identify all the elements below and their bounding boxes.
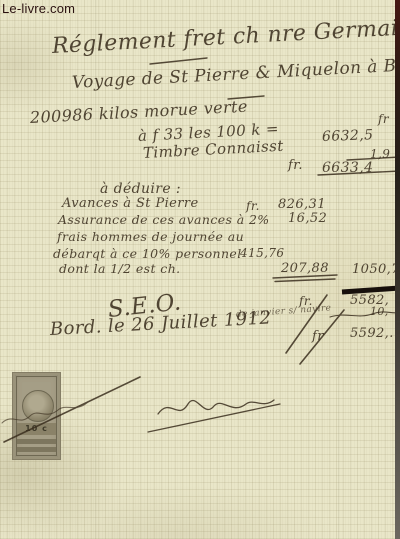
wavy-rule bbox=[330, 312, 400, 317]
deduction-frais-line1: frais hommes de journée au bbox=[57, 229, 244, 244]
deduction-avances-currency: fr. bbox=[246, 199, 260, 213]
stamp-value: 10 c bbox=[17, 423, 56, 435]
paper-crease bbox=[338, 0, 339, 539]
rate-amount: 6632,5 bbox=[322, 127, 374, 145]
watermark: Le-livre.com bbox=[2, 1, 75, 16]
deduction-avances: Avances à St Pierre bbox=[62, 196, 199, 211]
deductions-header: à déduire : bbox=[100, 181, 181, 197]
signature-underline bbox=[148, 404, 280, 432]
net-addition: 10, bbox=[370, 305, 389, 318]
deduction-avances-amount: 826,31 bbox=[278, 197, 326, 212]
title-line-2: Voyage de St Pierre & Miquelon à Bord bbox=[71, 54, 400, 93]
stamp-band bbox=[17, 447, 56, 452]
stamp-band bbox=[17, 439, 56, 444]
deduction-half-amount: 207,88 bbox=[281, 261, 329, 276]
cargo-currency: fr bbox=[378, 112, 389, 126]
scanned-document-page: Le-livre.com Réglement fret ch nre Germa… bbox=[0, 0, 400, 539]
underline-fret bbox=[150, 58, 207, 64]
deduction-assurance: Assurance de ces avances à 2% bbox=[58, 212, 270, 227]
total-currency: fr. bbox=[288, 158, 303, 173]
total-amount: 6633,4 bbox=[322, 160, 373, 176]
underline-20788b bbox=[275, 279, 335, 282]
photo-edge bbox=[395, 0, 400, 539]
title-line-1: Réglement fret ch nre Germaine bbox=[51, 14, 400, 59]
net-currency: fr. bbox=[299, 294, 313, 308]
deduction-frais-line2: débarqt à ce 10% personnel bbox=[53, 246, 242, 261]
deduction-assurance-amount: 16,52 bbox=[288, 211, 327, 226]
final-currency: fr bbox=[312, 329, 324, 344]
revenue-stamp: 10 c bbox=[12, 372, 61, 460]
stamp-medallion-icon bbox=[22, 390, 54, 422]
deduction-frais-amount: 415,76 bbox=[240, 246, 284, 260]
deduction-half-line: dont la 1/2 est ch. bbox=[59, 261, 181, 276]
deductions-total: 1050,7 bbox=[352, 262, 400, 277]
signature-scribble bbox=[158, 400, 274, 414]
place-date-line: Bord. le 26 Juillet 1912 bbox=[49, 307, 271, 340]
final-amount: 5592,.. bbox=[350, 326, 398, 341]
timbre-amount: 1,9 bbox=[370, 147, 390, 161]
heavy-dark-rule bbox=[342, 288, 400, 292]
